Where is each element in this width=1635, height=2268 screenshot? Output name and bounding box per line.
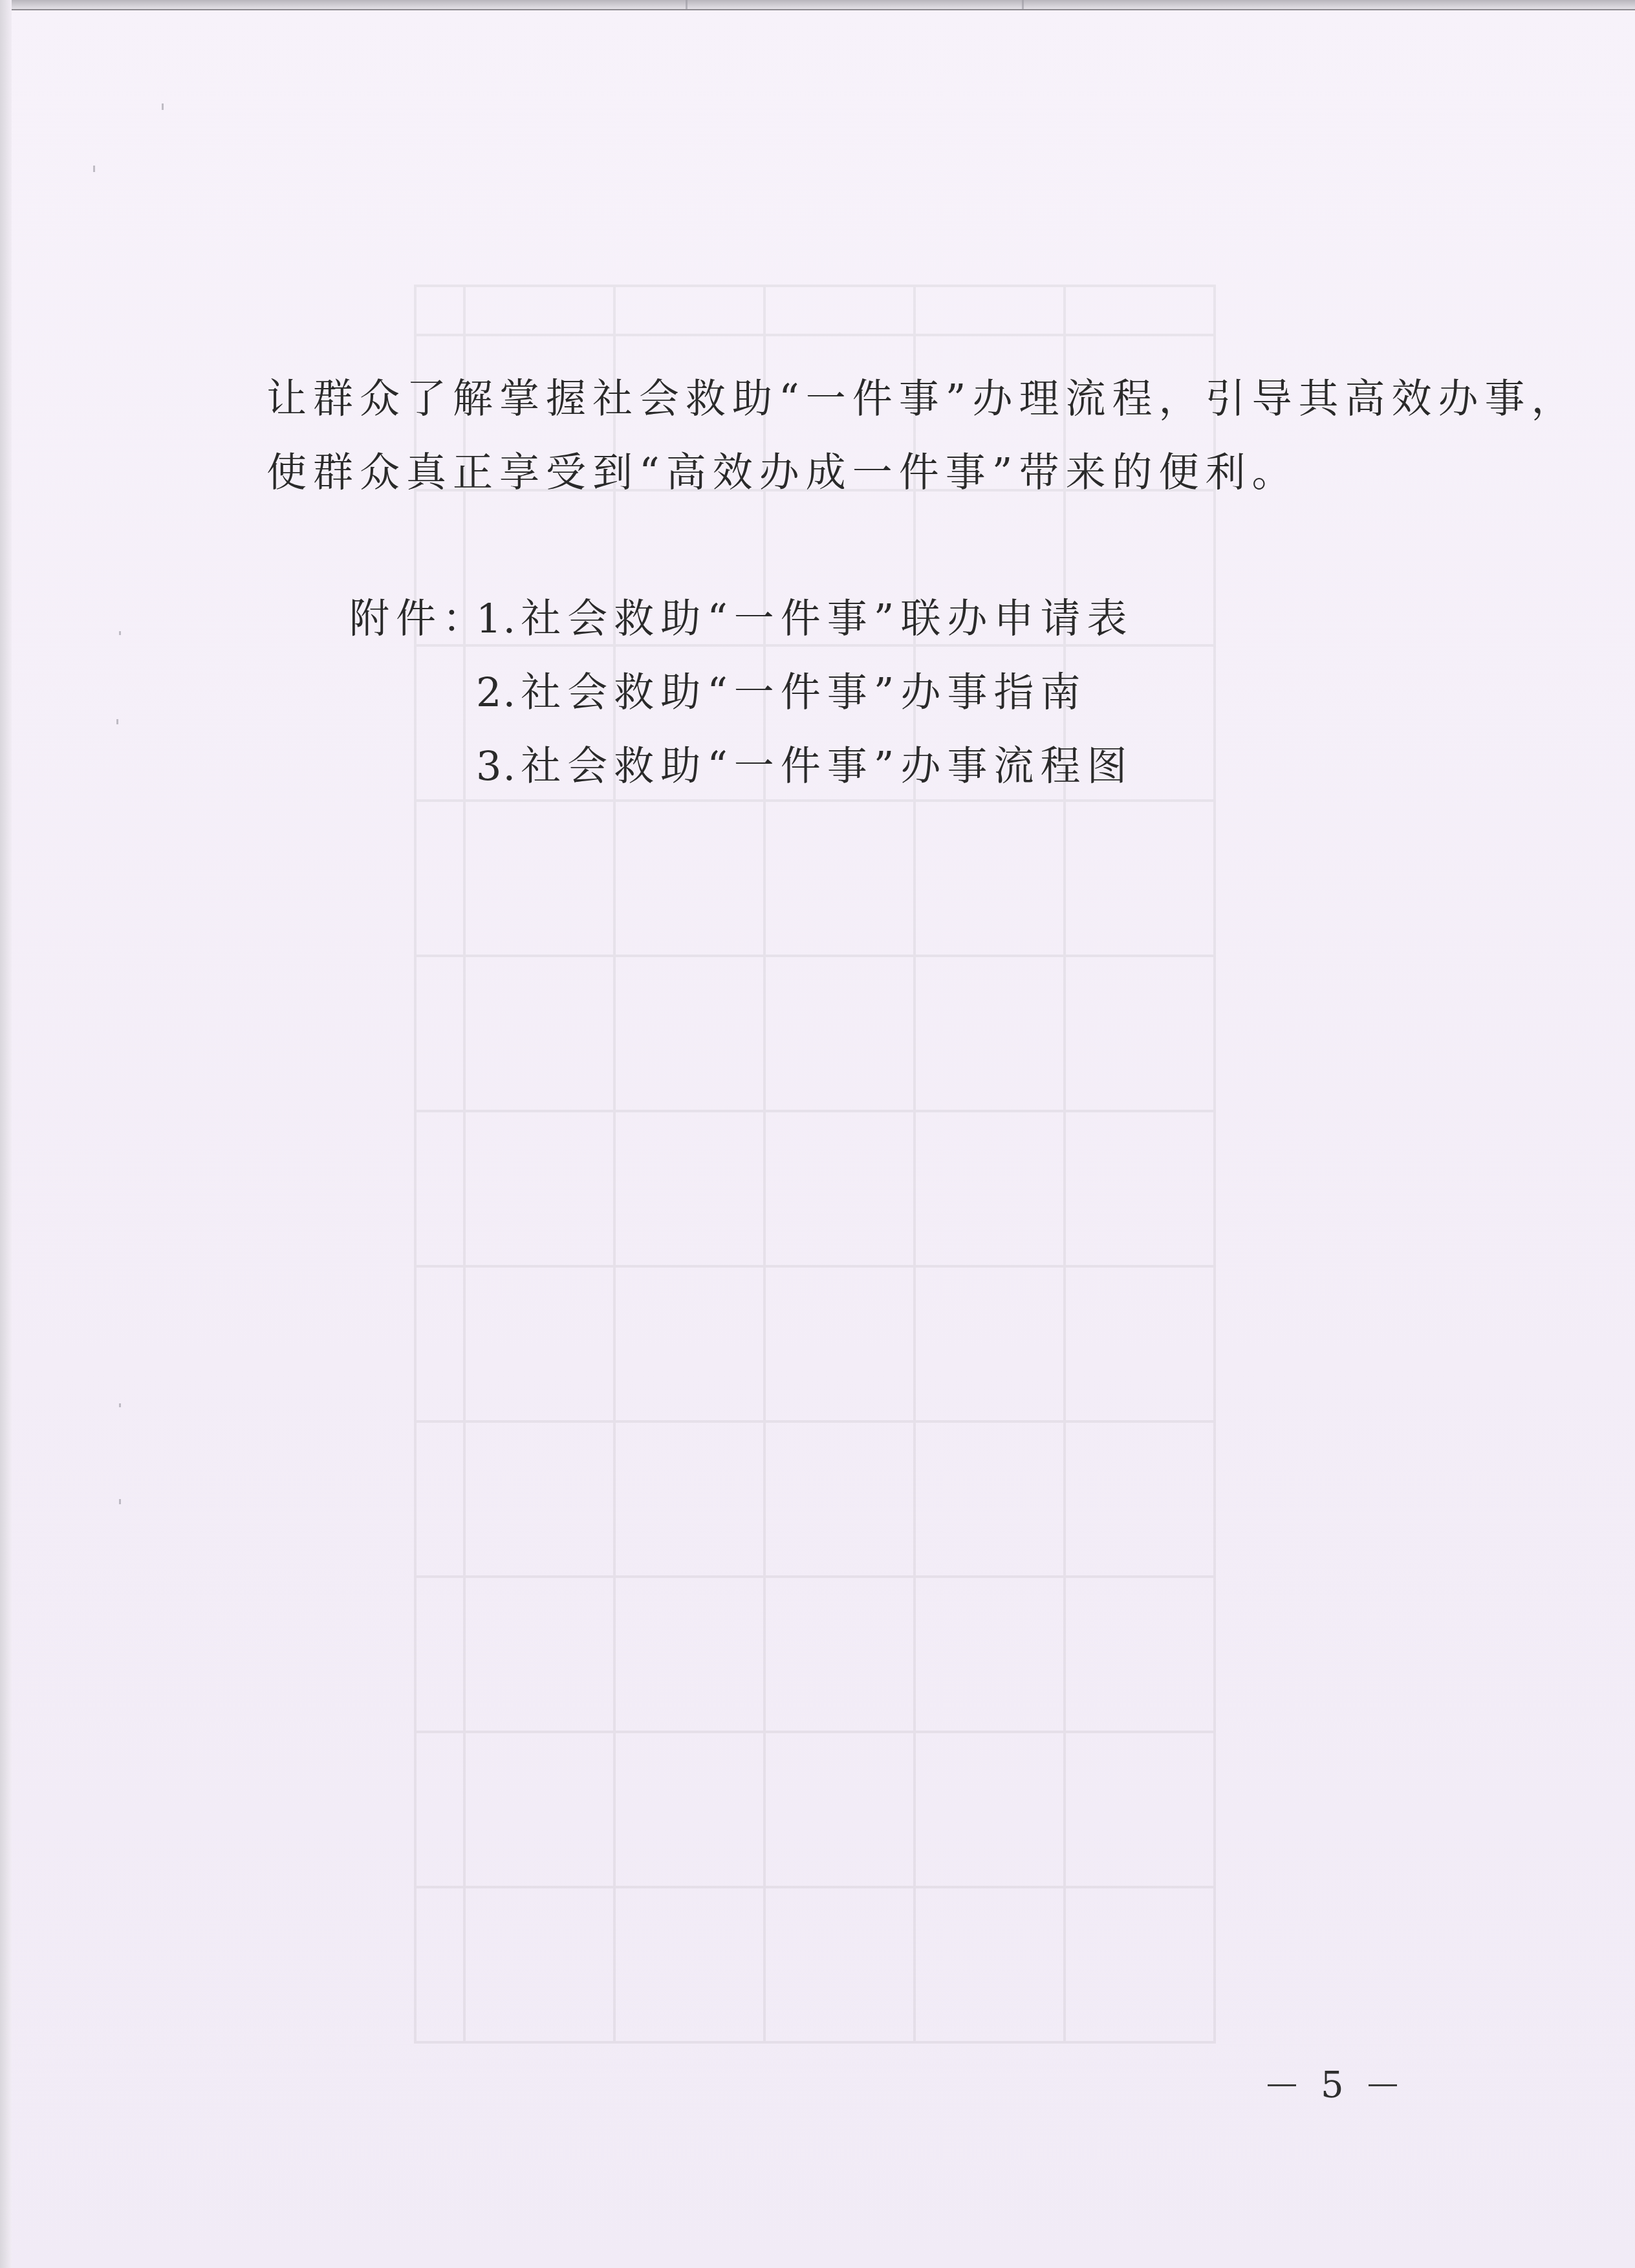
scan-speck (119, 1403, 121, 1407)
scan-speck (1022, 0, 1024, 9)
attachment-item-1: 附件： 1. 社会救助“一件事”联办申请表 (349, 582, 1134, 656)
reverse-side-bleed-through (414, 285, 1216, 2044)
page-number: 5 (1268, 2064, 1397, 2106)
attachment-number: 2. (476, 656, 517, 729)
attachment-item-3: 3. 社会救助“一件事”办事流程图 (349, 729, 1134, 803)
scan-speck (116, 719, 118, 724)
attachments-label: 附件： (349, 582, 476, 656)
attachments-list: 附件： 1. 社会救助“一件事”联办申请表 2. 社会救助“一件事”办事指南 3… (349, 582, 1134, 803)
attachment-number: 3. (476, 729, 517, 803)
body-line-2: 使群众真正享受到“高效办成一件事”带来的便利。 (266, 436, 1469, 510)
attachment-title: 社会救助“一件事”办事流程图 (521, 729, 1133, 803)
bleed-table-grid (414, 285, 1216, 2044)
scan-speck (686, 0, 688, 9)
attachment-title: 社会救助“一件事”联办申请表 (521, 582, 1133, 656)
attachment-number: 1. (476, 582, 517, 656)
scan-speck (162, 103, 164, 110)
page-number-value: 5 (1321, 2064, 1344, 2106)
attachment-item-2: 2. 社会救助“一件事”办事指南 (349, 656, 1134, 729)
scan-speck (93, 166, 95, 172)
dash-left (1268, 2084, 1296, 2086)
scan-left-edge (0, 0, 12, 2268)
scan-speck (119, 1499, 121, 1504)
scan-speck (119, 631, 121, 635)
attachment-title: 社会救助“一件事”办事指南 (521, 656, 1087, 729)
body-line-1: 让群众了解掌握社会救助“一件事”办理流程，引导其高效办事， (266, 362, 1469, 436)
dash-right (1369, 2084, 1397, 2086)
body-paragraph: 让群众了解掌握社会救助“一件事”办理流程，引导其高效办事， 使群众真正享受到“高… (266, 362, 1469, 510)
